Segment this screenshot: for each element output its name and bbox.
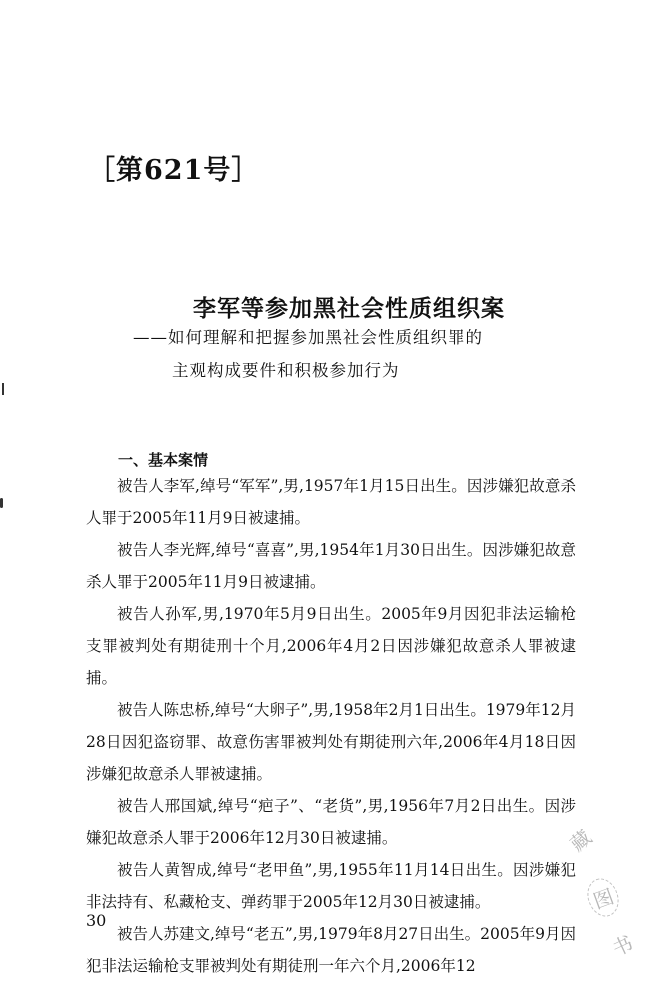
paragraph-defendant-7: 被告人苏建文,绰号“老五”,男,1979年8月27日出生。2005年9月因犯非法… bbox=[86, 918, 576, 982]
case-subtitle-line2: 主观构成要件和积极参加行为 bbox=[172, 357, 400, 381]
paragraph-defendant-2: 被告人李光辉,绰号“喜喜”,男,1954年1月30日出生。因涉嫌犯故意杀人罪于2… bbox=[86, 534, 576, 598]
margin-mark bbox=[2, 383, 4, 395]
page-number: 30 bbox=[86, 911, 106, 930]
case-title: 李军等参加黑社会性质组织案 bbox=[0, 290, 668, 323]
case-subtitle-line1: ——如何理解和把握参加黑社会性质组织罪的 bbox=[133, 324, 483, 348]
paragraph-defendant-3: 被告人孙军,男,1970年5月9日出生。2005年9月因犯非法运输枪支罪被判处有… bbox=[86, 598, 576, 694]
margin-mark bbox=[0, 498, 3, 508]
library-stamp-glyph: 图 bbox=[582, 874, 624, 921]
paragraph-defendant-1: 被告人李军,绰号“军军”,男,1957年1月15日出生。因涉嫌犯故意杀人罪于20… bbox=[86, 470, 576, 534]
case-body: 被告人李军,绰号“军军”,男,1957年1月15日出生。因涉嫌犯故意杀人罪于20… bbox=[86, 470, 576, 982]
case-number: ［第621号］ bbox=[88, 148, 259, 187]
paragraph-defendant-6: 被告人黄智成,绰号“老甲鱼”,男,1955年11月14日出生。因涉嫌犯非法持有、… bbox=[86, 854, 576, 918]
library-stamp-glyph: 书 bbox=[607, 927, 637, 962]
section-heading: 一、基本案情 bbox=[118, 449, 208, 470]
paragraph-defendant-5: 被告人邢国斌,绰号“疤子”、“老货”,男,1956年7月2日出生。因涉嫌犯故意杀… bbox=[86, 790, 576, 854]
paragraph-defendant-4: 被告人陈忠桥,绰号“大卵子”,男,1958年2月1日出生。1979年12月28日… bbox=[86, 694, 576, 790]
